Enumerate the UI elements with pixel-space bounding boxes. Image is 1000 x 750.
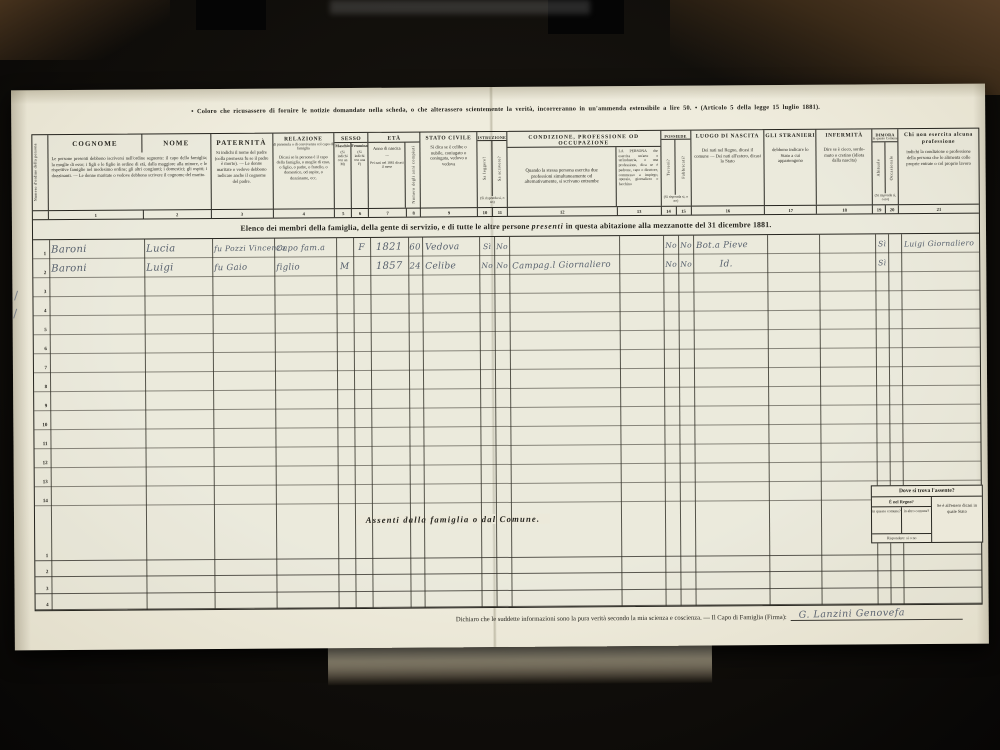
colnum: 2: [144, 210, 212, 218]
subcolumn-anni-compiuti: Numero degli anni compiuti: [406, 143, 420, 208]
subcolumn-terreni: Terreni?: [661, 140, 676, 195]
elenco-pre: Elenco dei membri della famiglia, della …: [240, 222, 531, 233]
column-chi-non-esercita: Chi non esercita alcuna professione indi…: [898, 129, 978, 205]
column-possiede: POSSIEDE Terreni? Fabbricati? (Si rispon…: [661, 131, 691, 206]
column-title-nome: NOME: [143, 134, 211, 152]
dove-title: Dove si trova l'assente?: [872, 486, 982, 498]
colnum: 16: [691, 206, 765, 215]
colnum: 18: [817, 205, 873, 213]
chi-non-esercita-note: indichi la condizione o professione dell…: [899, 145, 979, 170]
row-number: 4: [34, 309, 47, 314]
questo-comune-label: in questo comune?: [872, 507, 902, 533]
terreni-label: Terreni?: [665, 140, 670, 195]
assenti-rows: 1234: [35, 538, 981, 611]
abituale-label: Abituale: [876, 142, 881, 193]
cognome-nome-note: Le persone presenti debbono iscriversi n…: [48, 152, 210, 182]
row-number: 2: [35, 570, 48, 575]
column-condizione: CONDIZIONE, PROFESSIONE OD OCCUPAZIONE Q…: [507, 131, 661, 207]
colnum: 1: [49, 210, 144, 219]
colnum: 8: [407, 209, 421, 217]
subcolumn-femmina: Femmina (Si indichi con una F): [351, 143, 368, 208]
row-number: 3: [33, 290, 46, 295]
column-paternita: PATERNITÀ Si indichi il nome del padre (…: [211, 134, 273, 209]
column-title-paternita: PATERNITÀ: [211, 134, 272, 147]
colnum: 17: [765, 206, 817, 214]
desk-background-top-right: [670, 0, 1000, 95]
subcolumn-abituale: Abituale: [873, 142, 886, 193]
luogo-note: Dei nati nel Regno, dicasi il comune — D…: [691, 139, 764, 168]
assenti-title: Assenti dalla famiglia o dal Comune.: [356, 514, 551, 525]
assenti-title-band: Assenti dalla famiglia o dal Comune.: [35, 506, 871, 530]
colnum: 3: [211, 210, 273, 218]
dash: —: [384, 154, 390, 161]
femmina-label: Femmina: [351, 143, 368, 151]
signature-line: G. Lanzini Genovefa: [791, 608, 963, 621]
column-stato-civile: STATO CIVILE Si dica se è celibe o nubil…: [421, 132, 478, 207]
subcolumn-anno-nascita: Anno di nascita — Pei nati nel 1881 dica…: [369, 143, 407, 208]
row-number: 9: [34, 404, 47, 409]
subcolumn-condizione-note: Quando la stessa persona esercita due pr…: [507, 147, 616, 207]
colnum: 20: [886, 205, 899, 213]
column-title-eta: ETÀ: [369, 133, 420, 143]
column-title-stato-civile: STATO CIVILE: [421, 132, 477, 141]
declaration-line: Dichiaro che le suddette informazioni so…: [275, 608, 963, 625]
condizione-note: Quando la stessa persona esercita due pr…: [508, 168, 616, 187]
possiede-note: (Si risponda sì, o no): [661, 195, 690, 206]
relazione-subtitle: di parentela o di convivenza col capo di…: [273, 142, 334, 151]
column-sesso: SESSO Maschio (Si indichi con un M) Femm…: [335, 133, 369, 208]
subcolumn-la-persona: LA PERSONA che esercita un'arte o un'ind…: [616, 147, 660, 206]
stranieri-note: debbono indicare lo Stato a cui apparten…: [765, 139, 816, 168]
subcolumn-fabbricati: Fabbricati?: [676, 140, 691, 195]
assenti-section: Assenti dalla famiglia o dal Comune. 123…: [35, 500, 982, 611]
row-number: 3: [35, 587, 48, 592]
colnum: 12: [508, 207, 618, 216]
relazione-note: Dicasi se la persona è il capo della fam…: [273, 151, 334, 184]
istruzione-note: (Si risponda sì, o no): [478, 196, 507, 207]
la-persona-note: LA PERSONA che esercita un'arte o un'ind…: [616, 147, 660, 189]
column-stranieri: GLI STRANIERI debbono indicare lo Stato …: [765, 130, 817, 205]
occasionale-label: Occasionale: [889, 142, 894, 193]
stato-civile-note: Si dica se è celibe o nubile, coniugato …: [421, 141, 477, 170]
elenco-presenti: presenti: [532, 222, 564, 231]
anno-nascita-label: Anno di nascita: [372, 143, 402, 154]
altro-comune-label: in altro comune?: [902, 507, 931, 533]
census-form-sheet: • Coloro che ricusassero di fornire le n…: [11, 84, 989, 651]
femmina-note: (Si indichi con una F): [351, 150, 368, 169]
colnum: 21: [899, 205, 979, 214]
colnum: 6: [352, 209, 369, 217]
colnum: 13: [618, 207, 662, 215]
row-number: 10: [34, 423, 47, 428]
background-blur: [330, 0, 590, 14]
dove-si-trova-box: Dove si trova l'assente? È nel Regno? in…: [871, 485, 983, 544]
row-number: 13: [35, 480, 48, 485]
colnum: 10: [478, 208, 493, 216]
colnum: 4: [273, 209, 335, 217]
row-number: 1: [35, 554, 48, 559]
dove-regno-column: È nel Regno? in questo comune? in altro …: [872, 497, 932, 542]
column-infermita: INFERMITÀ Dire se è cieco, sordo-muto o …: [817, 129, 873, 204]
column-istruzione: ISTRUZIONE Sa leggere? Sa scrivere? (Si …: [477, 132, 507, 207]
regno-label: È nel Regno?: [872, 497, 931, 507]
column-title-sesso: SESSO: [335, 133, 368, 143]
column-title-cognome: COGNOME: [48, 134, 142, 153]
subcolumn-occasionale: Occasionale: [885, 142, 898, 193]
elenco-post: in questa abitazione alla mezzanotte del…: [564, 220, 772, 230]
column-title-possiede: POSSIEDE: [661, 131, 690, 140]
maschio-note: (Si indichi con un M): [335, 150, 351, 169]
census-table: Numero d'ordine della persona COGNOME NO…: [31, 128, 982, 612]
anno-nascita-note: Pei nati nel 1881 dicasi il mese: [369, 160, 405, 171]
penalty-notice: • Coloro che ricusassero di fornire le n…: [66, 103, 945, 116]
signature-handwriting: G. Lanzini Genovefa: [791, 607, 906, 621]
colnum-spacer: [33, 211, 49, 219]
colnum: 9: [421, 208, 478, 216]
column-title-chi-non-esercita: Chi non esercita alcuna professione: [898, 129, 978, 146]
row-number: 1: [33, 252, 46, 257]
row-number: 6: [34, 347, 47, 352]
column-title-istruzione: ISTRUZIONE: [477, 132, 506, 141]
colnum: 7: [369, 209, 407, 217]
table-body: 1234567891011121314 Baroni Lucia fu Pozz…: [33, 234, 981, 507]
subcolumn-maschio: Maschio (Si indichi con un M): [335, 143, 352, 208]
row-number: 5: [34, 328, 47, 333]
column-person-number: Numero d'ordine della persona: [32, 135, 48, 210]
estero-label: Se è all'estero dicasi in quale Stato: [932, 497, 982, 542]
colnum: 14: [662, 207, 677, 215]
column-title-condizione: CONDIZIONE, PROFESSIONE OD OCCUPAZIONE: [507, 131, 660, 148]
row-number: 8: [34, 385, 47, 390]
column-relazione: RELAZIONE di parentela o di convivenza c…: [273, 133, 335, 208]
colnum: 11: [493, 208, 508, 216]
sa-scrivere-label: Sa scrivere?: [497, 141, 502, 196]
rispondere-label: Rispondere: sì o no: [872, 533, 931, 542]
margin-tally-mark: [14, 291, 23, 302]
colnum: 15: [676, 207, 691, 215]
paternita-note: Si indichi il nome del padre (colla prem…: [211, 147, 272, 188]
row-number: 11: [34, 442, 47, 447]
column-title-relazione: RELAZIONE: [273, 133, 334, 142]
column-title-stranieri: GLI STRANIERI: [765, 130, 816, 139]
person-number-label: Numero d'ordine della persona: [32, 135, 47, 210]
margin-tally-mark: [13, 309, 22, 320]
background-shadow-slot: [196, 0, 266, 30]
subcolumn-sa-scrivere: Sa scrivere?: [492, 141, 507, 196]
row-number: 4: [36, 603, 49, 608]
table-header: Numero d'ordine della persona COGNOME NO…: [32, 129, 979, 212]
desk-background-top-left: [0, 0, 170, 60]
column-title-infermita: INFERMITÀ: [817, 129, 872, 138]
infermita-note: Dire se è cieco, sordo-muto o cretino (i…: [817, 138, 872, 167]
colnum: 19: [873, 205, 886, 213]
row-number: 12: [35, 461, 48, 466]
subcolumn-sa-leggere: Sa leggere?: [477, 141, 492, 196]
column-cognome-nome: COGNOME NOME Le persone presenti debbono…: [48, 134, 211, 210]
colnum: 5: [335, 209, 352, 217]
row-number: 7: [34, 366, 47, 371]
maschio-label: Maschio: [335, 143, 351, 151]
column-dimora: DIMORA in questo Comune Abituale Occasio…: [873, 129, 899, 204]
declaration-text: Dichiaro che le suddette informazioni so…: [456, 614, 787, 623]
row-number: 2: [33, 271, 46, 276]
column-luogo-nascita: LUOGO DI NASCITA Dei nati nel Regno, dic…: [691, 130, 765, 206]
column-eta: ETÀ Anno di nascita — Pei nati nel 1881 …: [369, 133, 421, 208]
dimora-note: (Si risponda sì, o no): [873, 193, 898, 204]
anni-compiuti-label: Numero degli anni compiuti: [410, 143, 415, 208]
sa-leggere-label: Sa leggere?: [482, 141, 487, 196]
row-number: 14: [35, 499, 48, 504]
fabbricati-label: Fabbricati?: [680, 140, 685, 195]
